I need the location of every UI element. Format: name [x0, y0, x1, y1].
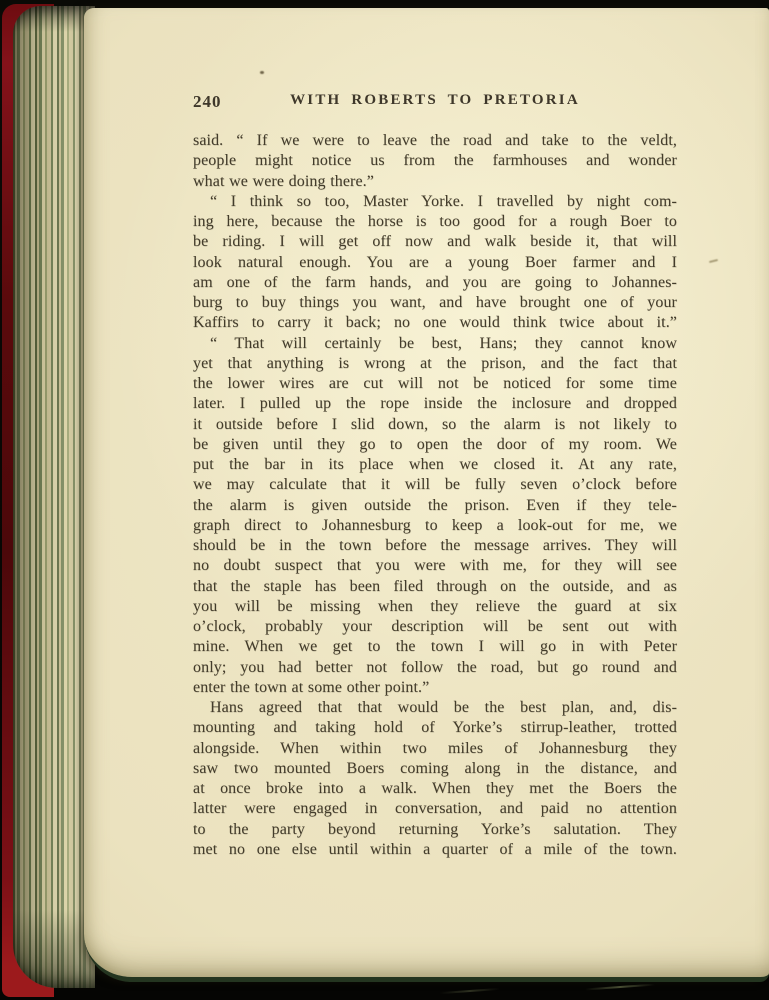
- text-line: at once broke into a walk. When they met…: [193, 779, 677, 799]
- table-edge-glints: [0, 984, 769, 1000]
- book-photo: 240 WITH ROBERTS TO PRETORIA said. “ If …: [0, 0, 769, 1000]
- text-line: the lower wires are cut will not be noti…: [193, 374, 677, 394]
- text-line: alongside. When within two miles of Joha…: [193, 739, 677, 759]
- text-line: people might notice us from the farmhous…: [193, 151, 677, 171]
- text-line: enter the town at some other point.”: [193, 678, 677, 698]
- text-line: look natural enough. You are a young Boe…: [193, 253, 677, 273]
- paragraph: “ That will certainly be best, Hans; the…: [193, 334, 677, 699]
- text-line: am one of the farm hands, and you are go…: [193, 273, 677, 293]
- page-text: said. “ If we were to leave the road and…: [193, 131, 677, 860]
- book-page: 240 WITH ROBERTS TO PRETORIA said. “ If …: [84, 8, 769, 982]
- text-line: latter were engaged in conversation, and…: [193, 799, 677, 819]
- text-line: you will be missing when they relieve th…: [193, 597, 677, 617]
- text-line: to the party beyond returning Yorke’s sa…: [193, 820, 677, 840]
- text-line: later. I pulled up the rope inside the i…: [193, 394, 677, 414]
- text-line: what we were doing there.”: [193, 172, 677, 192]
- text-line: “ I think so too, Master Yorke. I travel…: [193, 192, 677, 212]
- text-line: said. “ If we were to leave the road and…: [193, 131, 677, 151]
- text-line: Kaffirs to carry it back; no one would t…: [193, 313, 677, 333]
- text-line: no doubt suspect that you were with me, …: [193, 556, 677, 576]
- paper-speck: [260, 71, 264, 74]
- text-line: Hans agreed that that would be the best …: [193, 698, 677, 718]
- text-line: we may calculate that it will be fully s…: [193, 475, 677, 495]
- glint: [440, 988, 500, 994]
- text-line: ing here, because the horse is too good …: [193, 212, 677, 232]
- text-line: mine. When we get to the town I will go …: [193, 637, 677, 657]
- running-header: WITH ROBERTS TO PRETORIA: [193, 92, 677, 109]
- text-line: that the staple has been filed through o…: [193, 577, 677, 597]
- text-line: o’clock, probably your description will …: [193, 617, 677, 637]
- text-line: met no one else until within a quarter o…: [193, 840, 677, 860]
- text-line: it outside before I slid down, so the al…: [193, 415, 677, 435]
- glint: [585, 984, 655, 990]
- text-line: be riding. I will get off now and walk b…: [193, 232, 677, 252]
- text-line: graph direct to Johannesburg to keep a l…: [193, 516, 677, 536]
- text-line: burg to buy things you want, and have br…: [193, 293, 677, 313]
- text-line: should be in the town before the message…: [193, 536, 677, 556]
- page-header: 240 WITH ROBERTS TO PRETORIA: [193, 92, 677, 112]
- text-line: mounting and taking hold of Yorke’s stir…: [193, 718, 677, 738]
- page-stack-edges: [13, 6, 95, 988]
- text-line: saw two mounted Boers coming along in th…: [193, 759, 677, 779]
- text-line: be given until they go to open the door …: [193, 435, 677, 455]
- text-line: put the bar in its place when we closed …: [193, 455, 677, 475]
- text-line: “ That will certainly be best, Hans; the…: [193, 334, 677, 354]
- paragraph: Hans agreed that that would be the best …: [193, 698, 677, 860]
- paragraph: “ I think so too, Master Yorke. I travel…: [193, 192, 677, 334]
- text-line: the alarm is given outside the prison. E…: [193, 496, 677, 516]
- text-line: yet that anything is wrong at the prison…: [193, 354, 677, 374]
- text-line: only; you had better not follow the road…: [193, 658, 677, 678]
- paragraph: said. “ If we were to leave the road and…: [193, 131, 677, 192]
- page-number: 240: [193, 92, 222, 112]
- page-content: 240 WITH ROBERTS TO PRETORIA said. “ If …: [193, 8, 677, 860]
